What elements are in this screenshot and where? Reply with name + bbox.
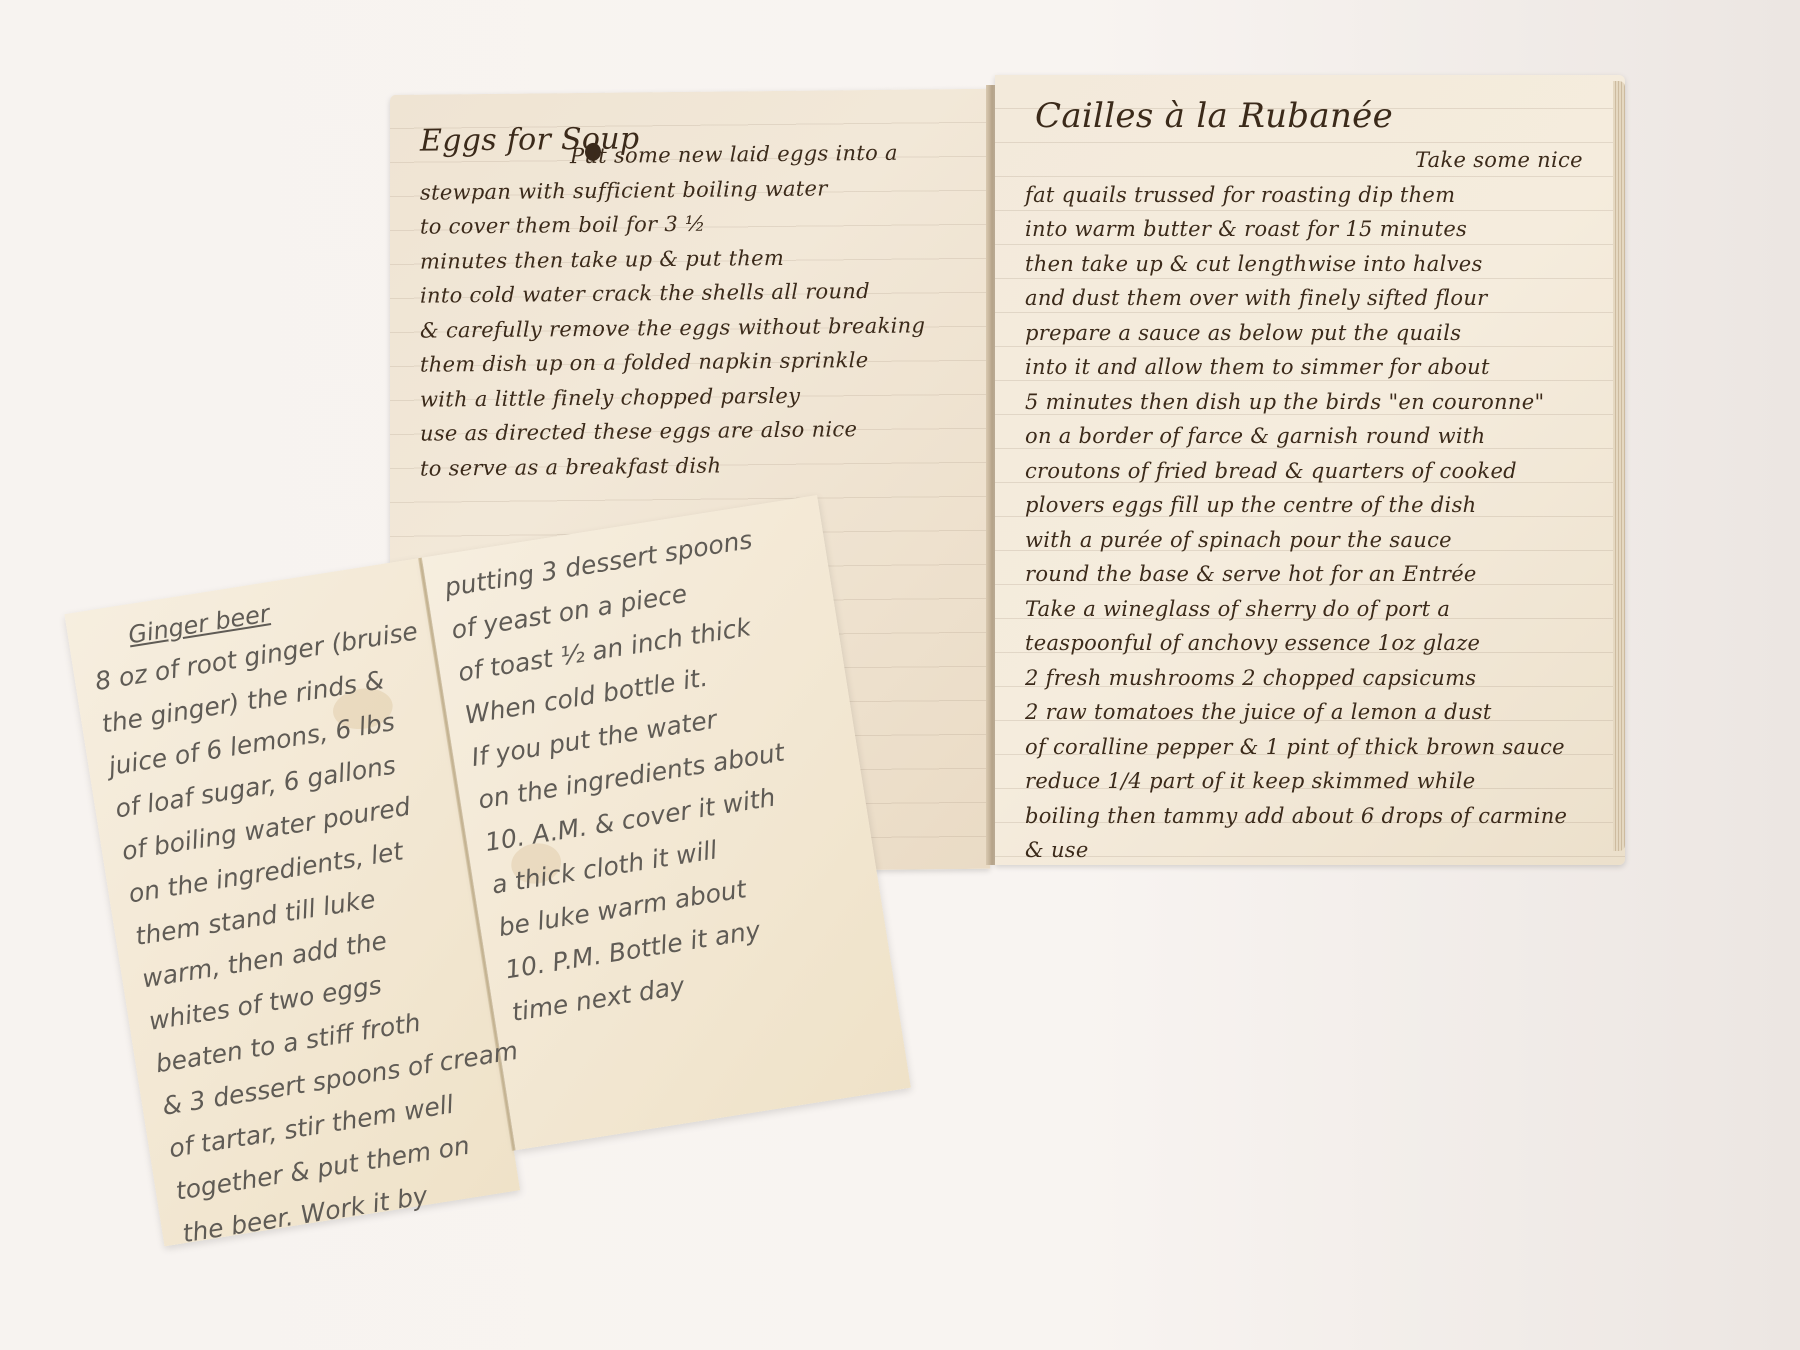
text-line: into warm butter & roast for 15 minutes xyxy=(1025,212,1583,247)
text-line: 2 raw tomatoes the juice of a lemon a du… xyxy=(1025,695,1583,730)
text-line: minutes then take up & put them xyxy=(420,239,925,279)
text-line: into it and allow them to simmer for abo… xyxy=(1025,350,1583,385)
text-line: boiling then tammy add about 6 drops of … xyxy=(1025,799,1583,834)
text-line: & carefully remove the eggs without brea… xyxy=(420,308,925,348)
text-line: into cold water crack the shells all rou… xyxy=(420,273,925,313)
text-line: then take up & cut lengthwise into halve… xyxy=(1025,247,1583,282)
text-line: reduce 1/4 part of it keep skimmed while xyxy=(1025,764,1583,799)
text-line: on a border of farce & garnish round wit… xyxy=(1025,419,1583,454)
text-line: with a purée of spinach pour the sauce xyxy=(1025,523,1583,558)
page-edges xyxy=(1613,81,1625,851)
text-line: Put some new laid eggs into a xyxy=(420,135,925,175)
text-line: and dust them over with finely sifted fl… xyxy=(1025,281,1583,316)
text-line: & use xyxy=(1025,833,1583,868)
text-line: of coralline pepper & 1 pint of thick br… xyxy=(1025,730,1583,765)
photo-scene: Eggs for Soup Put some new laid eggs int… xyxy=(0,0,1800,1350)
recipe-title-cailles: Cailles à la Rubanée xyxy=(1035,99,1393,134)
text-line: fat quails trussed for roasting dip them xyxy=(1025,178,1583,213)
recipe-body-cailles: Take some nice fat quails trussed for ro… xyxy=(1025,143,1583,868)
text-line: Take some nice xyxy=(1025,143,1583,178)
text-line: plovers eggs fill up the centre of the d… xyxy=(1025,488,1583,523)
text-line: prepare a sauce as below put the quails xyxy=(1025,316,1583,351)
text-line: croutons of fried bread & quarters of co… xyxy=(1025,454,1583,489)
text-line: 5 minutes then dish up the birds "en cou… xyxy=(1025,385,1583,420)
folded-recipe-card: Ginger beer 8 oz of root ginger (bruise … xyxy=(55,420,1014,1246)
text-line: teaspoonful of anchovy essence 1oz glaze xyxy=(1025,626,1583,661)
text-line: them dish up on a folded napkin sprinkle xyxy=(420,342,925,382)
text-line: Take a wineglass of sherry do of port a xyxy=(1025,592,1583,627)
text-line: 2 fresh mushrooms 2 chopped capsicums xyxy=(1025,661,1583,696)
text-line: round the base & serve hot for an Entrée xyxy=(1025,557,1583,592)
text-line: to cover them boil for 3 ½ xyxy=(420,204,925,244)
text-line: with a little finely chopped parsley xyxy=(420,377,925,417)
notebook-right-page: Cailles à la Rubanée Take some nice fat … xyxy=(995,75,1625,865)
text-line: stewpan with sufficient boiling water xyxy=(420,170,925,210)
